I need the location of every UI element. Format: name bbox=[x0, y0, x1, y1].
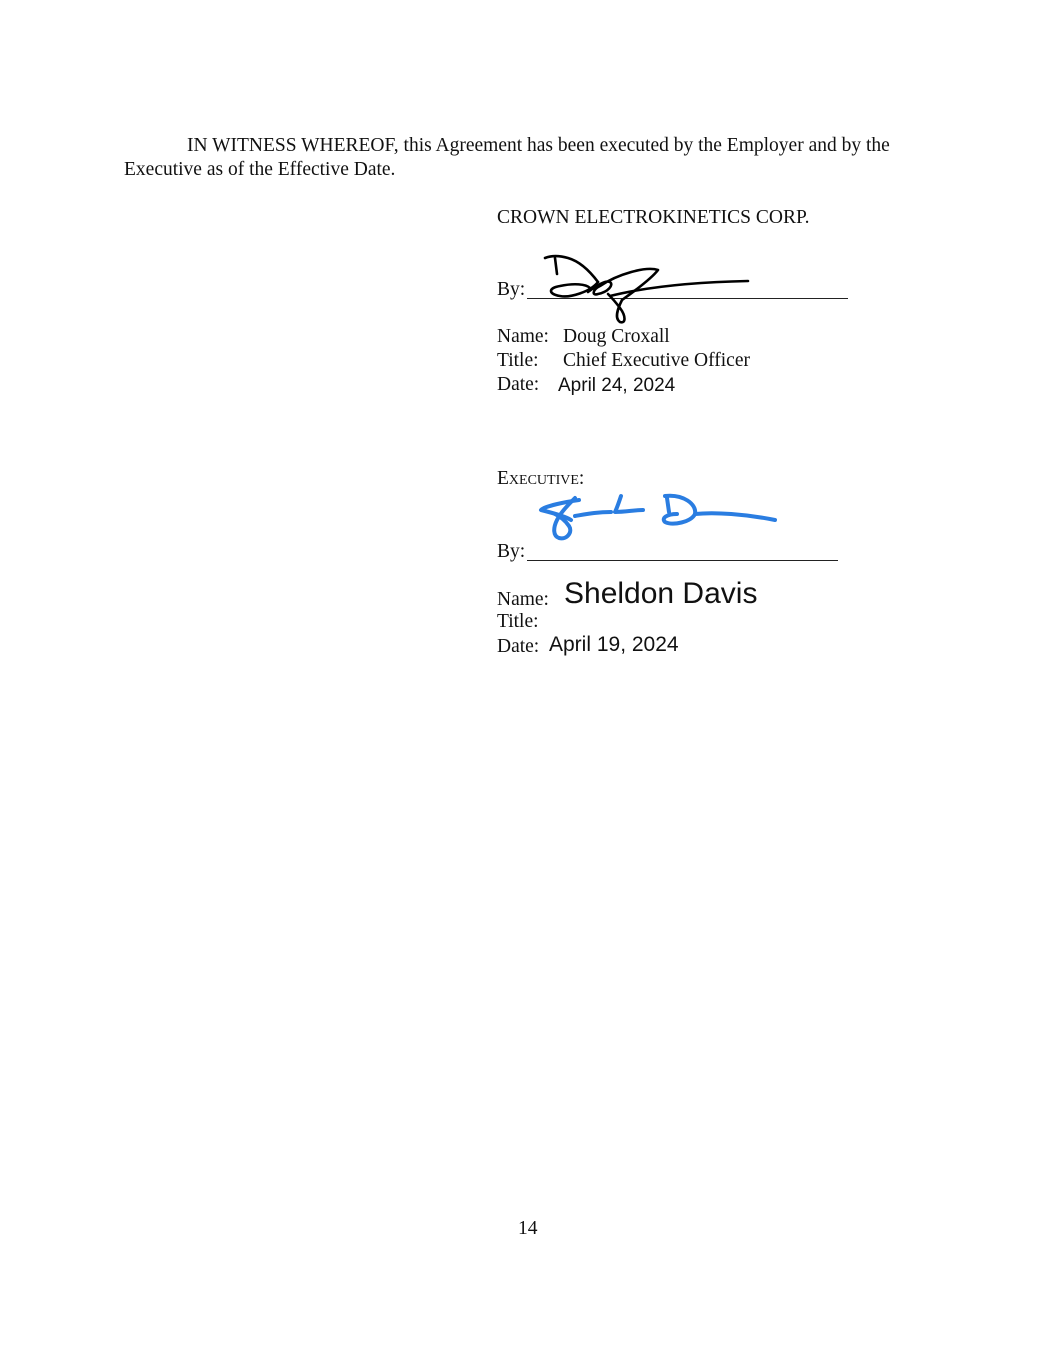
employer-name-label: Name: bbox=[497, 325, 549, 349]
employer-date-value: April 24, 2024 bbox=[558, 375, 675, 397]
executive-by-label: By: bbox=[497, 540, 525, 564]
executive-name-label: Name: bbox=[497, 588, 549, 612]
witness-clause: IN WITNESS WHEREOF, this Agreement has b… bbox=[124, 134, 954, 182]
handwritten-signature-blue-icon bbox=[535, 490, 785, 550]
executive-heading: Executive: bbox=[497, 467, 584, 491]
employer-by-label: By: bbox=[497, 278, 525, 302]
page-number: 14 bbox=[518, 1217, 538, 1241]
executive-date-value: April 19, 2024 bbox=[549, 633, 679, 657]
executive-name-value: Sheldon Davis bbox=[564, 576, 757, 612]
executive-signature-line bbox=[527, 560, 838, 561]
employer-title-value: Chief Executive Officer bbox=[563, 349, 750, 373]
employer-name-value: Doug Croxall bbox=[563, 325, 670, 349]
employer-company-name: CROWN ELECTROKINETICS CORP. bbox=[497, 206, 810, 230]
employer-title-label: Title: bbox=[497, 349, 539, 373]
witness-clause-text: IN WITNESS WHEREOF, this Agreement has b… bbox=[124, 135, 890, 180]
handwritten-signature-black-icon bbox=[540, 252, 760, 332]
executive-title-label: Title: bbox=[497, 610, 539, 634]
executive-date-label: Date: bbox=[497, 635, 539, 659]
employer-date-label: Date: bbox=[497, 373, 539, 397]
